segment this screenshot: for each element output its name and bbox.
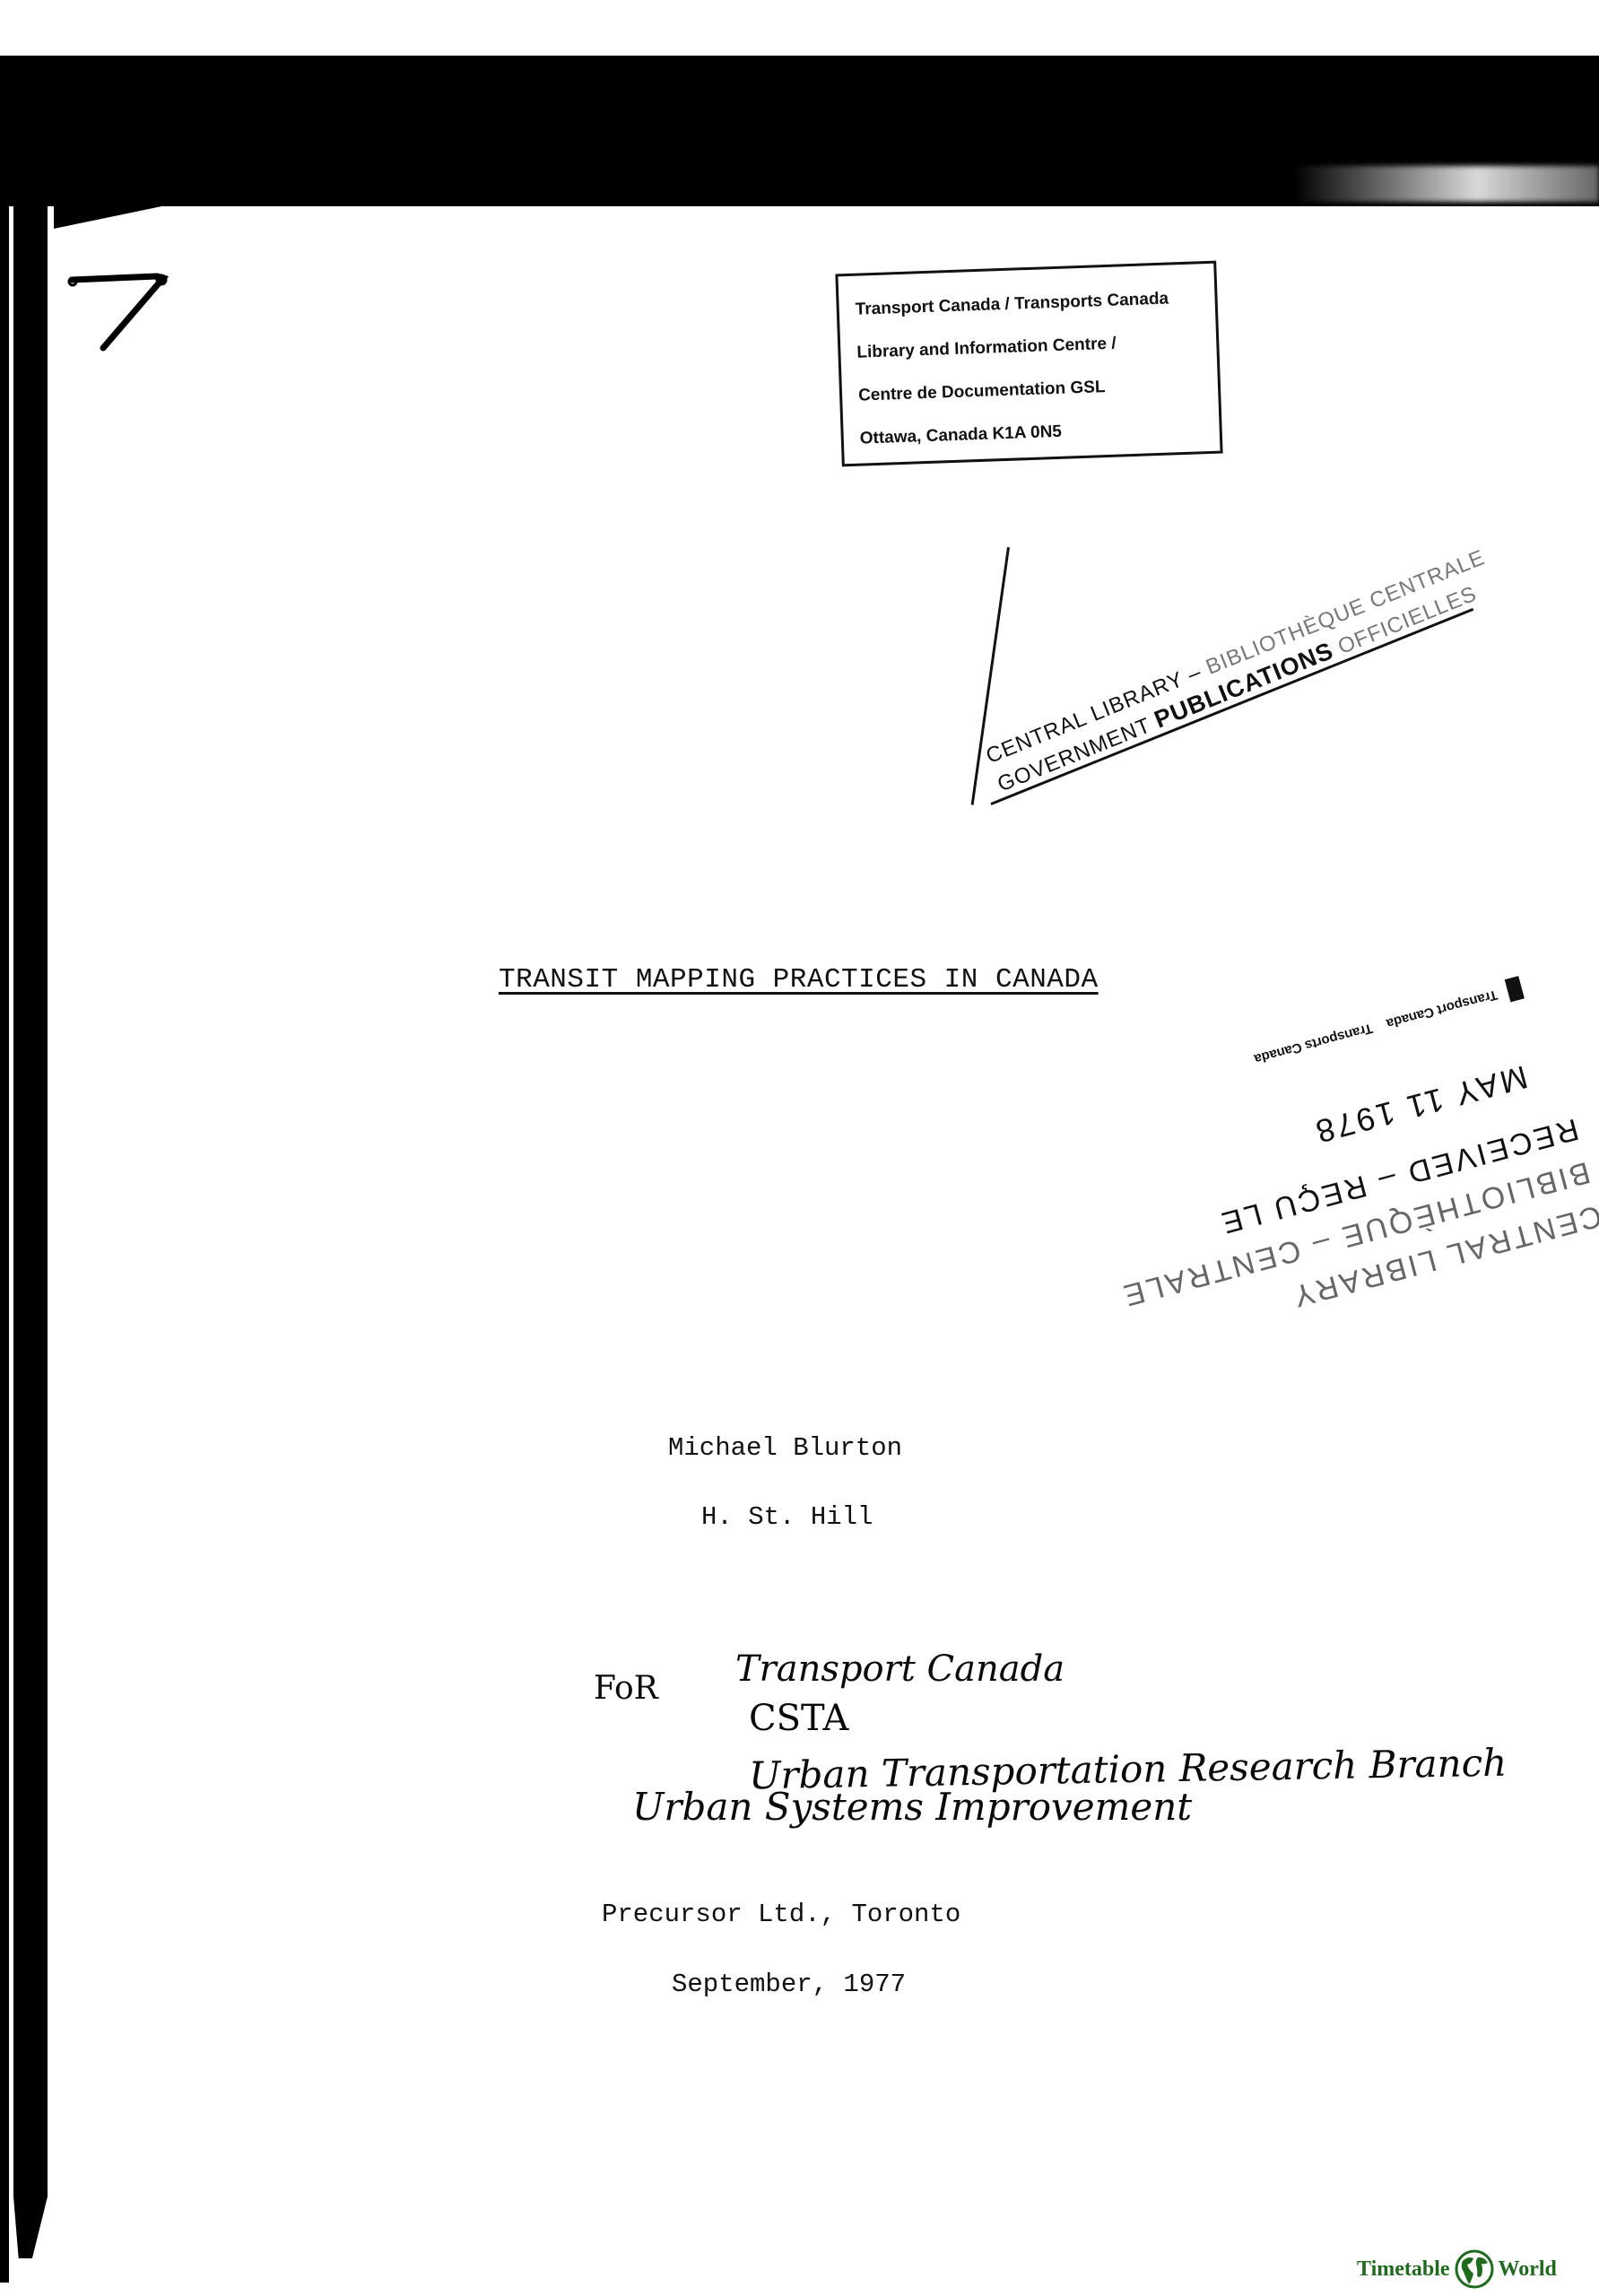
publisher: Precursor Ltd., Toronto [602, 1900, 960, 1929]
canada-flag-icon [1505, 976, 1525, 1002]
received-stamp-lines: CENTRAL LIBRARY BIBLIOTHÈQUE – CENTRALE … [1105, 1107, 1599, 1362]
page-number-mark-icon [67, 269, 184, 359]
stamp-text: CENTRAL LIBRARY – BIBLIOTHÈQUE CENTRALE … [982, 544, 1501, 799]
org-en: Transport Canada [1385, 987, 1499, 1031]
handwritten-line: Urban Systems Improvement [632, 1785, 1192, 1829]
globe-icon [1454, 2248, 1495, 2290]
received-stamp-logo: Transport Canada Transports Canada [1251, 976, 1524, 1070]
author-name: Michael Blurton [668, 1433, 902, 1463]
handwritten-prefix: FoR [594, 1670, 658, 1707]
scan-border-fade [1294, 166, 1599, 202]
watermark-left-text: Timetable [1357, 2257, 1450, 2282]
handwritten-line: Transport Canada [735, 1648, 1065, 1690]
document-title: TRANSIT MAPPING PRACTICES IN CANADA [499, 964, 1099, 996]
org-fr: Transports Canada [1253, 1021, 1375, 1067]
scan-border-left-inner [13, 204, 48, 2258]
government-publications-stamp: CENTRAL LIBRARY – BIBLIOTHÈQUE CENTRALE … [982, 529, 1484, 798]
publication-date: September, 1977 [672, 1970, 906, 1999]
scan-border-corner [54, 202, 170, 229]
timetable-world-watermark: Timetable World [1357, 2242, 1599, 2296]
received-stamp: CENTRAL LIBRARY BIBLIOTHÈQUE – CENTRALE … [1146, 908, 1599, 1371]
scan-border-left-outer [0, 202, 9, 2283]
watermark-right-text: World [1499, 2257, 1557, 2282]
library-stamp: Transport Canada / Transports Canada Lib… [835, 261, 1222, 467]
handwritten-line: CSTA [749, 1698, 848, 1739]
author-name: H. St. Hill [701, 1502, 873, 1532]
